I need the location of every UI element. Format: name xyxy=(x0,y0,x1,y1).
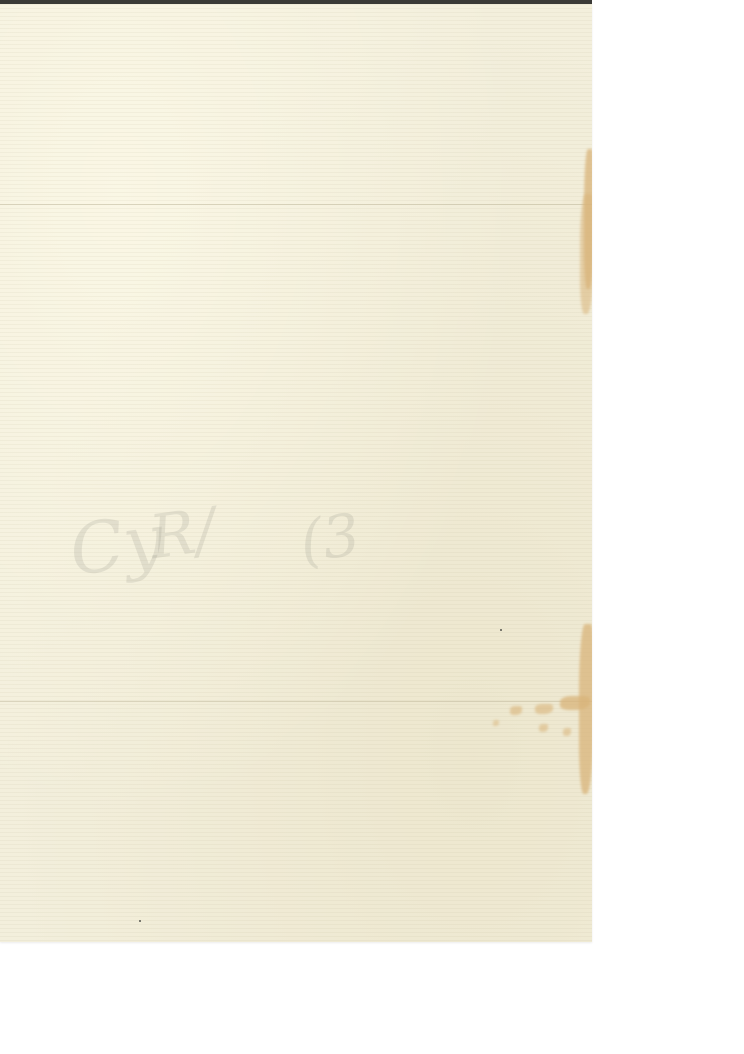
water-stain xyxy=(539,724,548,732)
water-stain xyxy=(560,696,590,710)
water-stain xyxy=(510,706,522,715)
paper-speck xyxy=(139,920,141,922)
scan-canvas: Cy R/ (3 xyxy=(0,0,744,1054)
fold-line xyxy=(0,701,592,702)
water-stain xyxy=(493,720,499,726)
water-stain xyxy=(580,194,592,314)
paper-speck xyxy=(500,629,502,631)
water-stain xyxy=(563,728,571,736)
fold-line xyxy=(0,204,592,205)
water-stain xyxy=(535,704,553,714)
bleed-through-mark: R/ xyxy=(145,495,219,573)
bleed-through-mark: (3 xyxy=(296,500,364,576)
letter-page: Cy R/ (3 xyxy=(0,4,592,942)
